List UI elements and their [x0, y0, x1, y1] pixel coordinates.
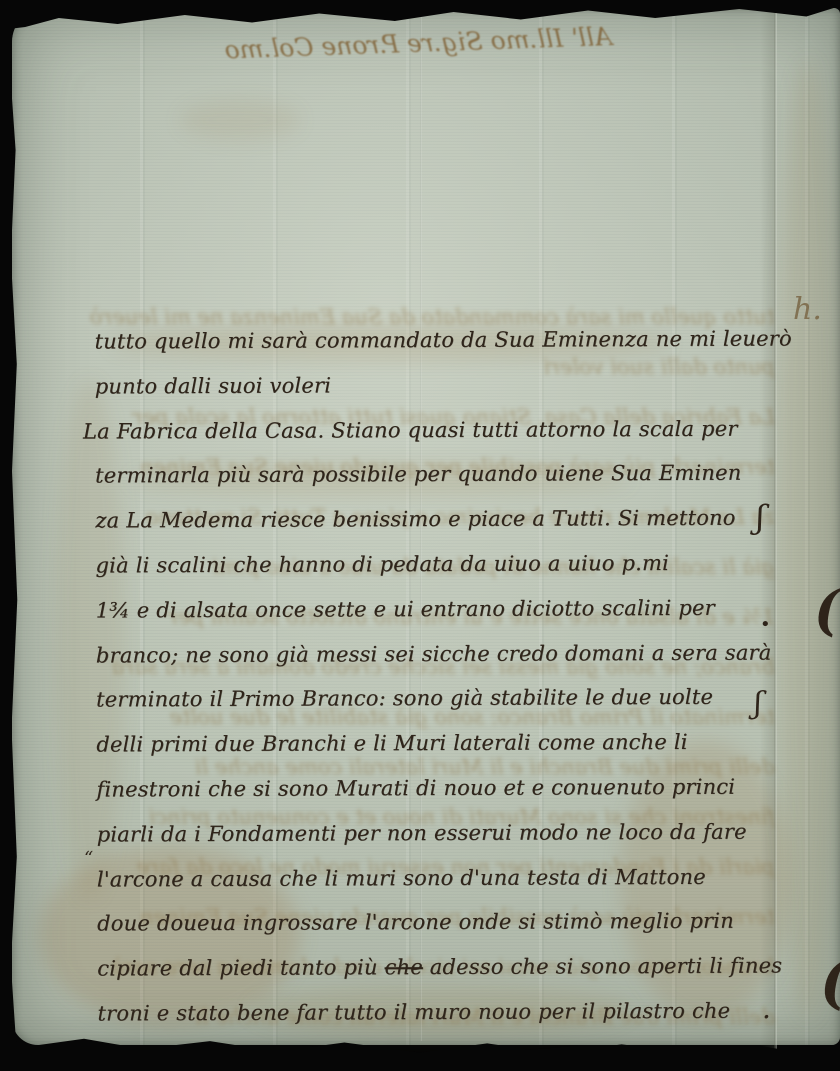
manuscript-line: finestroni che si sono Murati di nouo et… [96, 764, 786, 812]
margin-annotation-mark: “ [84, 848, 93, 869]
manuscript-line: tutto quello mi sarà commandato da Sua E… [94, 316, 784, 364]
manuscript-line: troni e stato bene far tutto il muro nou… [97, 988, 787, 1036]
struck-word: che [384, 955, 422, 979]
manuscript-line: doue doueua ingrossare l'arcone onde si … [97, 899, 787, 947]
manuscript-line: terminato il Primo Branco: sono già stab… [96, 675, 786, 723]
manuscript-line: punto dalli suoi voleri [95, 361, 785, 409]
line-segment: cipiare dal piedi tanto più [97, 955, 384, 980]
manuscript-photo: tutto quello mi sarà commandato da Sua E… [0, 0, 840, 1071]
manuscript-line: delli primi due Branchi e li Muri latera… [96, 720, 786, 768]
manuscript-line: piarli da i Fondamenti per non esserui m… [97, 809, 787, 857]
line-segment: adesso che si sono aperti li fines [423, 954, 782, 980]
manuscript-line: 1¾ e di alsata once sette e ui entrano d… [96, 585, 786, 633]
manuscript-line: branco; ne sono già messi sei sicche cre… [96, 630, 786, 678]
manuscript-line: l'arcone a causa che li muri sono d'una … [97, 854, 787, 902]
manuscript-line: za La Medema riesce benissimo e piace a … [95, 496, 785, 544]
manuscript-line: già li scalini che hanno di pedata da ui… [95, 540, 785, 588]
manuscript-line: La Fabrica della Casa. Stiano quasi tutt… [83, 406, 785, 454]
letter-body: tutto quello mi sarà commandato da Sua E… [94, 316, 787, 1036]
manuscript-line: terminarla più sarà possibile per quando… [95, 451, 785, 499]
manuscript-line-with-correction: cipiare dal piedi tanto più che adesso c… [97, 944, 787, 992]
